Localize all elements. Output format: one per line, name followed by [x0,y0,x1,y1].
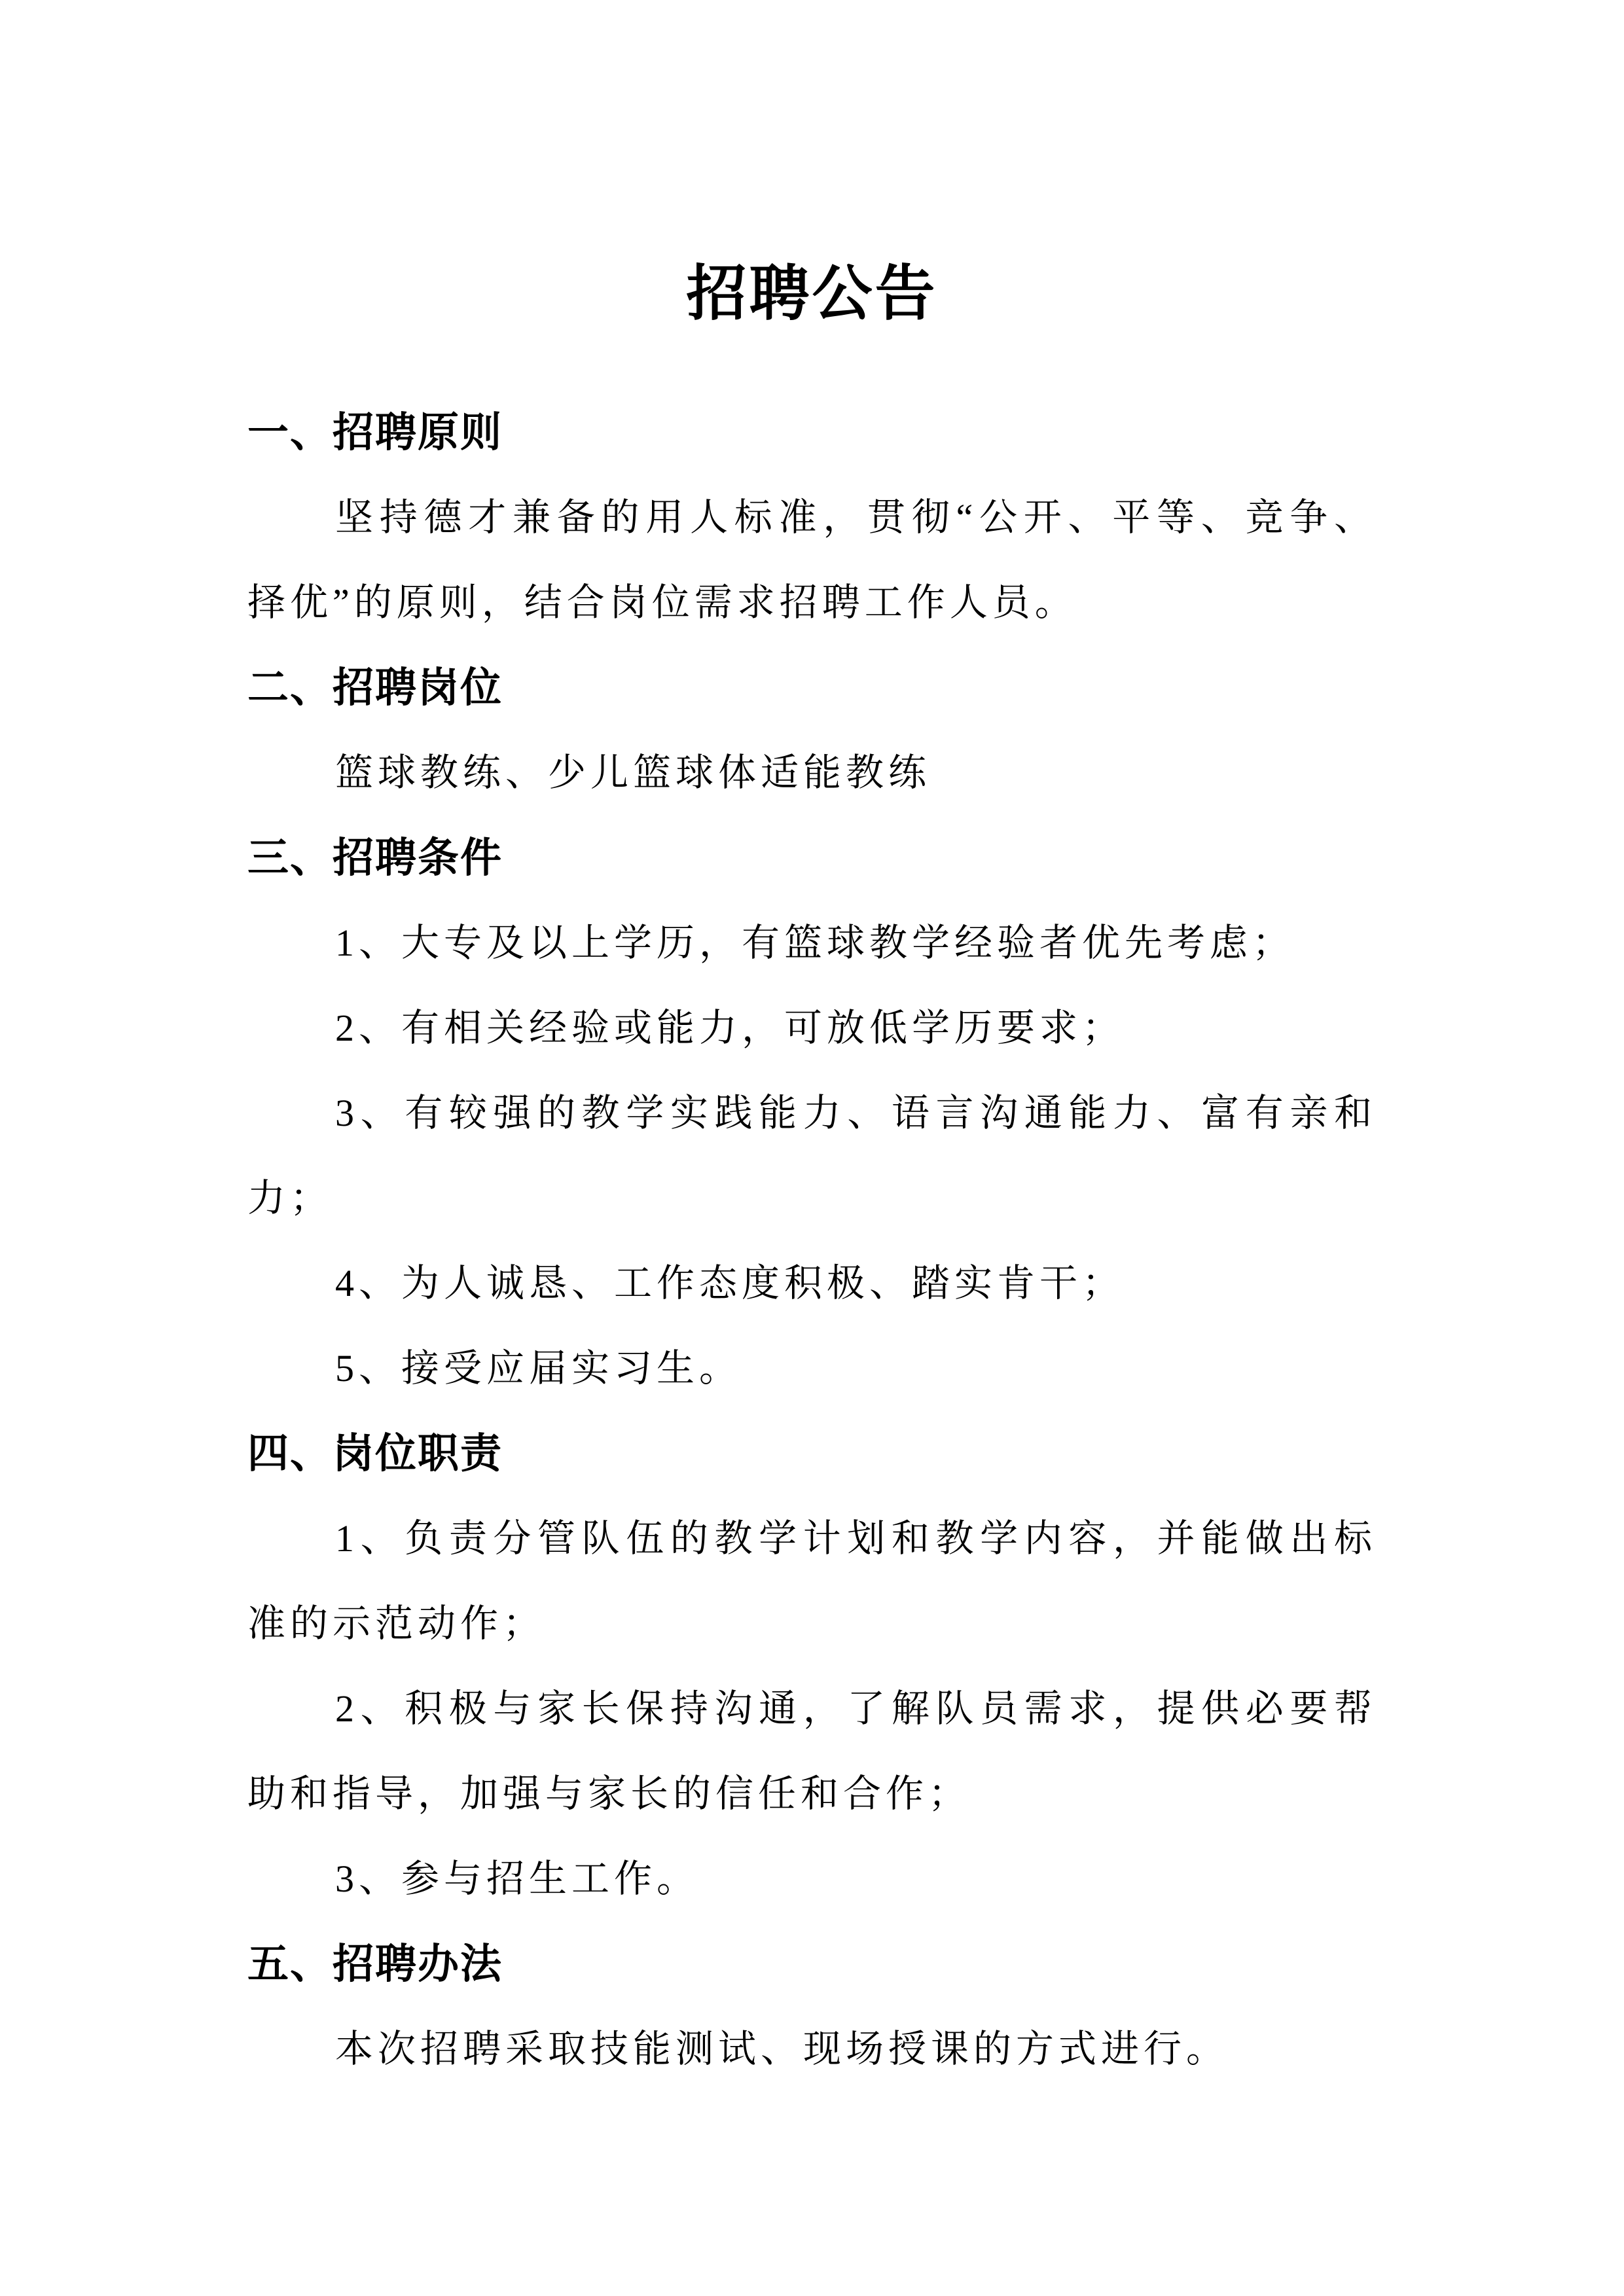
body-line: 准的示范动作； [247,1581,1377,1666]
body-line: 3、参与招生工作。 [247,1837,1377,1922]
section-heading: 二、招聘岗位 [247,645,1377,730]
body-line: 本次招聘采取技能测试、现场授课的方式进行。 [247,2007,1377,2092]
body-line: 择优”的原则，结合岗位需求招聘工作人员。 [247,560,1377,645]
section-heading: 四、岗位职责 [247,1411,1377,1496]
body-line: 3、有较强的教学实践能力、语言沟通能力、富有亲和 [247,1071,1377,1156]
document-body: 一、招聘原则坚持德才兼备的用人标准，贯彻“公开、平等、竞争、择优”的原则，结合岗… [247,390,1377,2092]
section-heading: 三、招聘条件 [247,816,1377,901]
body-line: 坚持德才兼备的用人标准，贯彻“公开、平等、竞争、 [247,475,1377,560]
document-page: 招聘公告 一、招聘原则坚持德才兼备的用人标准，贯彻“公开、平等、竞争、择优”的原… [0,0,1624,2296]
document-title: 招聘公告 [247,251,1377,336]
body-line: 篮球教练、少儿篮球体适能教练 [247,730,1377,816]
body-line: 4、为人诚恳、工作态度积极、踏实肯干； [247,1241,1377,1326]
body-line: 2、有相关经验或能力，可放低学历要求； [247,986,1377,1071]
body-line: 5、接受应届实习生。 [247,1326,1377,1411]
body-line: 力； [247,1156,1377,1241]
body-line: 1、负责分管队伍的教学计划和教学内容，并能做出标 [247,1496,1377,1581]
document-content: 招聘公告 一、招聘原则坚持德才兼备的用人标准，贯彻“公开、平等、竞争、择优”的原… [247,0,1377,2092]
section-heading: 一、招聘原则 [247,390,1377,475]
section-heading: 五、招聘办法 [247,1922,1377,2007]
body-line: 2、积极与家长保持沟通，了解队员需求，提供必要帮 [247,1666,1377,1751]
body-line: 助和指导，加强与家长的信任和合作； [247,1751,1377,1837]
body-line: 1、大专及以上学历，有篮球教学经验者优先考虑； [247,901,1377,986]
